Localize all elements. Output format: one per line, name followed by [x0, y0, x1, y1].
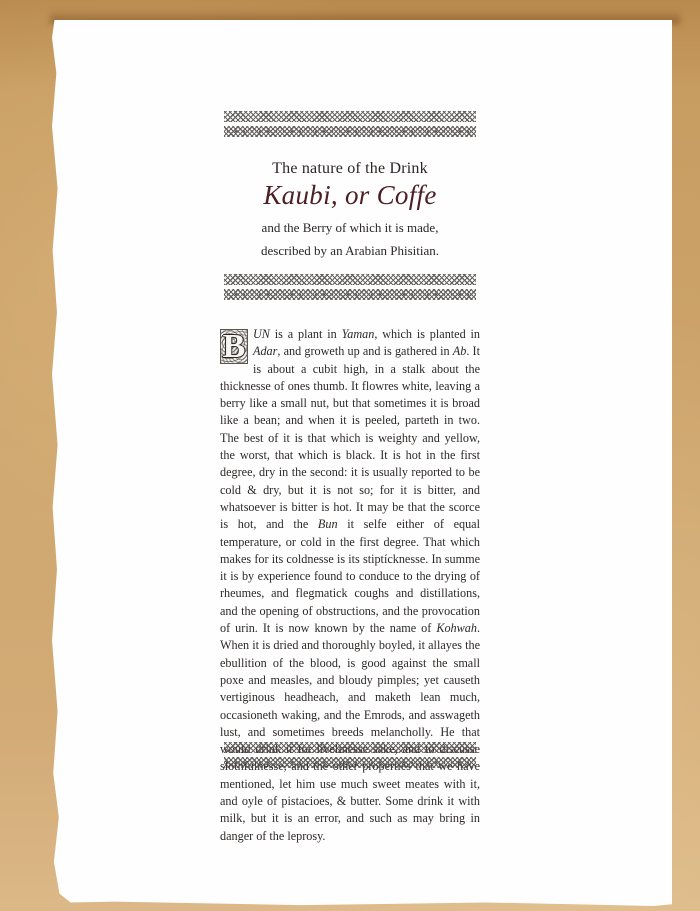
page-title: Kaubi, or Coffe: [210, 180, 490, 211]
top-border-ornament: [224, 111, 476, 138]
drop-cap-letter: B: [221, 329, 247, 365]
bottom-border-ornament: [224, 742, 476, 769]
text-segment: is a plant in: [270, 327, 342, 341]
ornament-row: [224, 289, 476, 300]
text-segment: Ab: [453, 344, 467, 358]
text-segment: UN: [253, 327, 270, 341]
text-segment: Kohwah: [436, 621, 477, 635]
text-segment: Adar: [253, 344, 277, 358]
middle-border-ornament: [224, 274, 476, 301]
text-segment: . When it is dried and thoroughly boyled…: [220, 621, 480, 843]
drop-cap-initial: B: [220, 329, 248, 364]
heading-line-3: and the Berry of which it is made,: [210, 220, 490, 236]
text-segment: . It is about a cubit high, in a stalk a…: [220, 344, 480, 531]
text-segment: , and groweth up and is gathered in: [277, 344, 452, 358]
ornament-row: [224, 126, 476, 137]
heading-line-4: described by an Arabian Phisitian.: [210, 243, 490, 259]
text-segment: , which is planted in: [374, 327, 480, 341]
ornament-row: [224, 111, 476, 122]
text-segment: Bun: [318, 517, 338, 531]
text-segment: it selfe either of equal temperature, or…: [220, 517, 480, 635]
text-segment: Yaman: [342, 327, 375, 341]
ornament-row: [224, 742, 476, 753]
heading-line-1: The nature of the Drink: [210, 160, 490, 178]
ornament-row: [224, 757, 476, 768]
ornament-row: [224, 274, 476, 285]
